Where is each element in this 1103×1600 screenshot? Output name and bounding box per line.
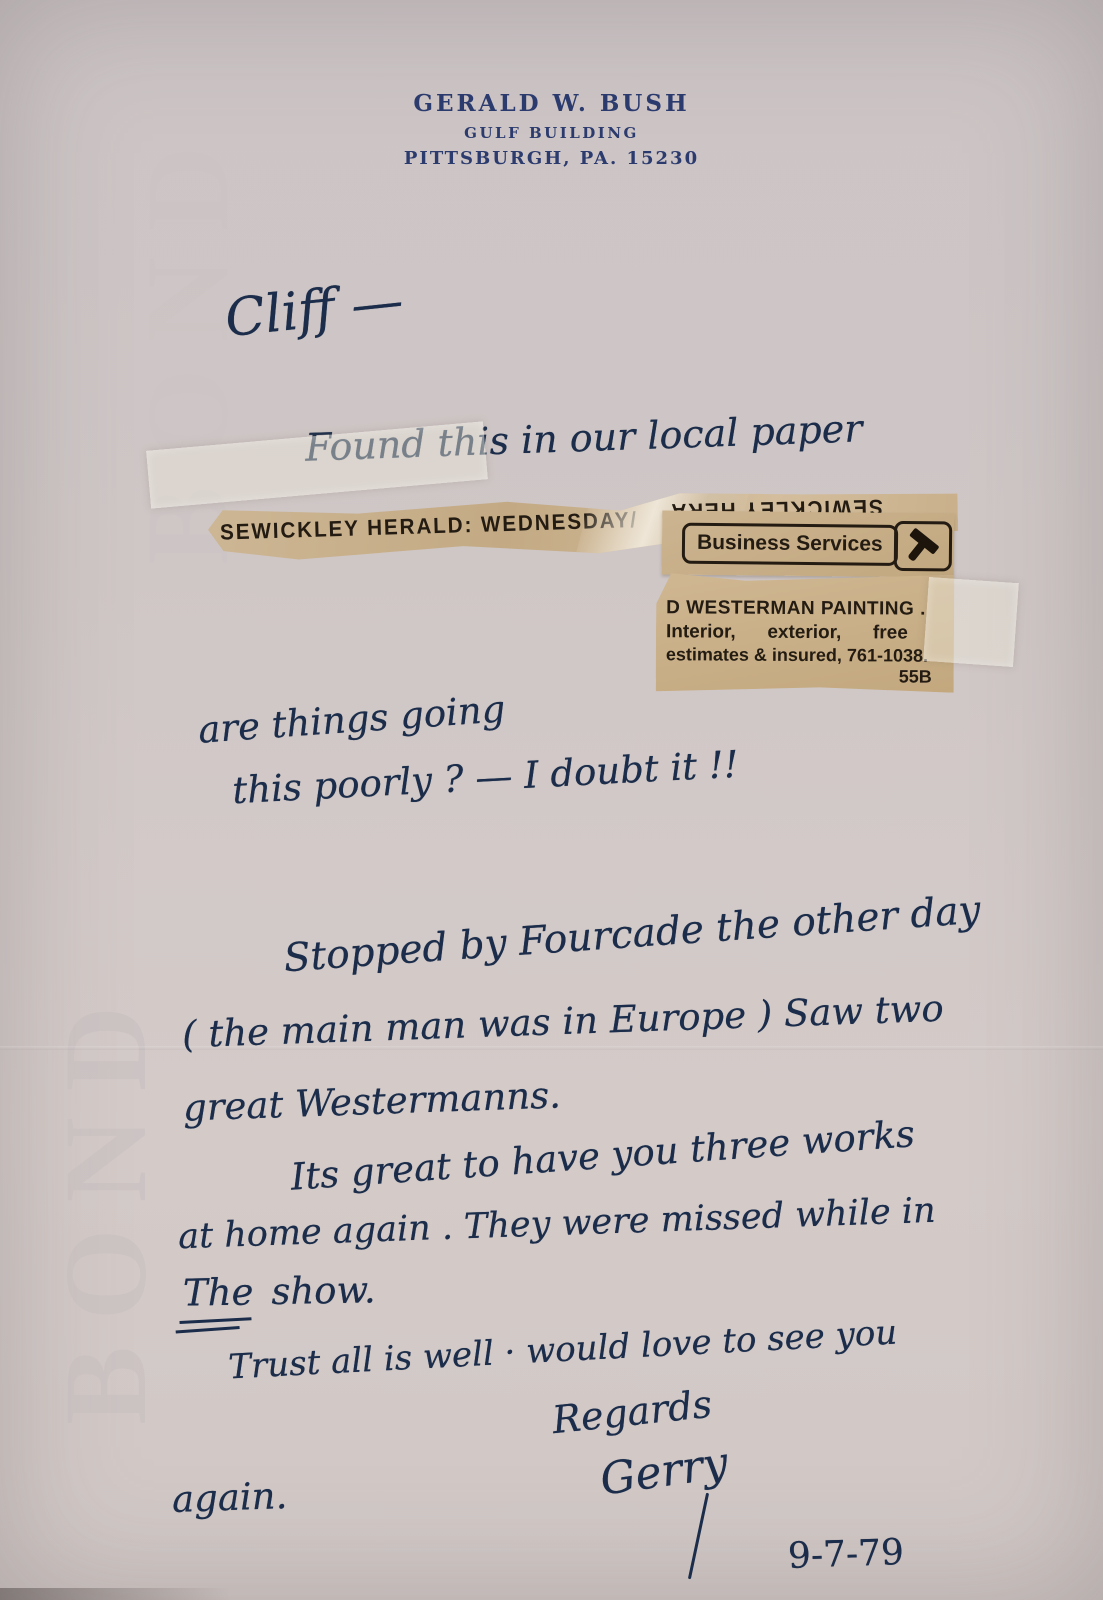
paragraph2-line-1: Stopped by Fourcade the other day [282, 888, 982, 982]
ad-line-3: estimates & insured, 761-1038. [666, 644, 928, 666]
section-header-label: Business Services [682, 523, 898, 566]
letterhead-city: PITTSBURGH, PA. 15230 [0, 148, 1103, 169]
clipping-section-header: Business Services [662, 510, 955, 577]
underlined-word: The [183, 1270, 254, 1314]
ad-code: 55B [899, 666, 932, 687]
signature-flourish [688, 1493, 709, 1580]
date: 9-7-79 [787, 1532, 904, 1577]
paragraph4-line-1: Trust all is well · would love to see yo… [227, 1313, 898, 1388]
letterhead-name: GERALD W. BUSH [0, 90, 1103, 117]
letter-photo: BOND BOND GERALD W. BUSH GULF BUILDING P… [0, 0, 1103, 1600]
letterhead: GERALD W. BUSH GULF BUILDING PITTSBURGH,… [0, 90, 1103, 169]
letterhead-building: GULF BUILDING [0, 124, 1103, 142]
closing-line: Regards [550, 1382, 714, 1442]
ad-line-2: Interior, exterior, free [666, 621, 908, 644]
paragraph3-line-2: at home again . They were missed while i… [178, 1191, 937, 1257]
masthead-text: SEWICKLEY HERALD: WEDNESDAY/ [220, 507, 639, 546]
paragraph3-line-3: Theshow. [183, 1268, 376, 1314]
ad-line-1: D WESTERMAN PAINTING . [666, 597, 926, 620]
photo-edge-shadow [0, 1588, 230, 1600]
paragraph3-line-3-rest: show. [271, 1268, 376, 1313]
question-line-1: are things going [197, 687, 507, 751]
clipping-ad: D WESTERMAN PAINTING . Interior, exterio… [656, 573, 955, 693]
paper-crease [0, 1046, 1103, 1050]
hammer-icon [894, 521, 953, 572]
paragraph3-line-1: Its great to have you three works [289, 1112, 916, 1199]
tape-piece-right [923, 577, 1019, 667]
paragraph2-line-3: great Westermanns. [182, 1073, 561, 1129]
paragraph4-line-2: again. [171, 1474, 288, 1521]
question-line-2: this poorly ? — I doubt it !! [231, 743, 739, 812]
signature: Gerry [597, 1437, 731, 1505]
